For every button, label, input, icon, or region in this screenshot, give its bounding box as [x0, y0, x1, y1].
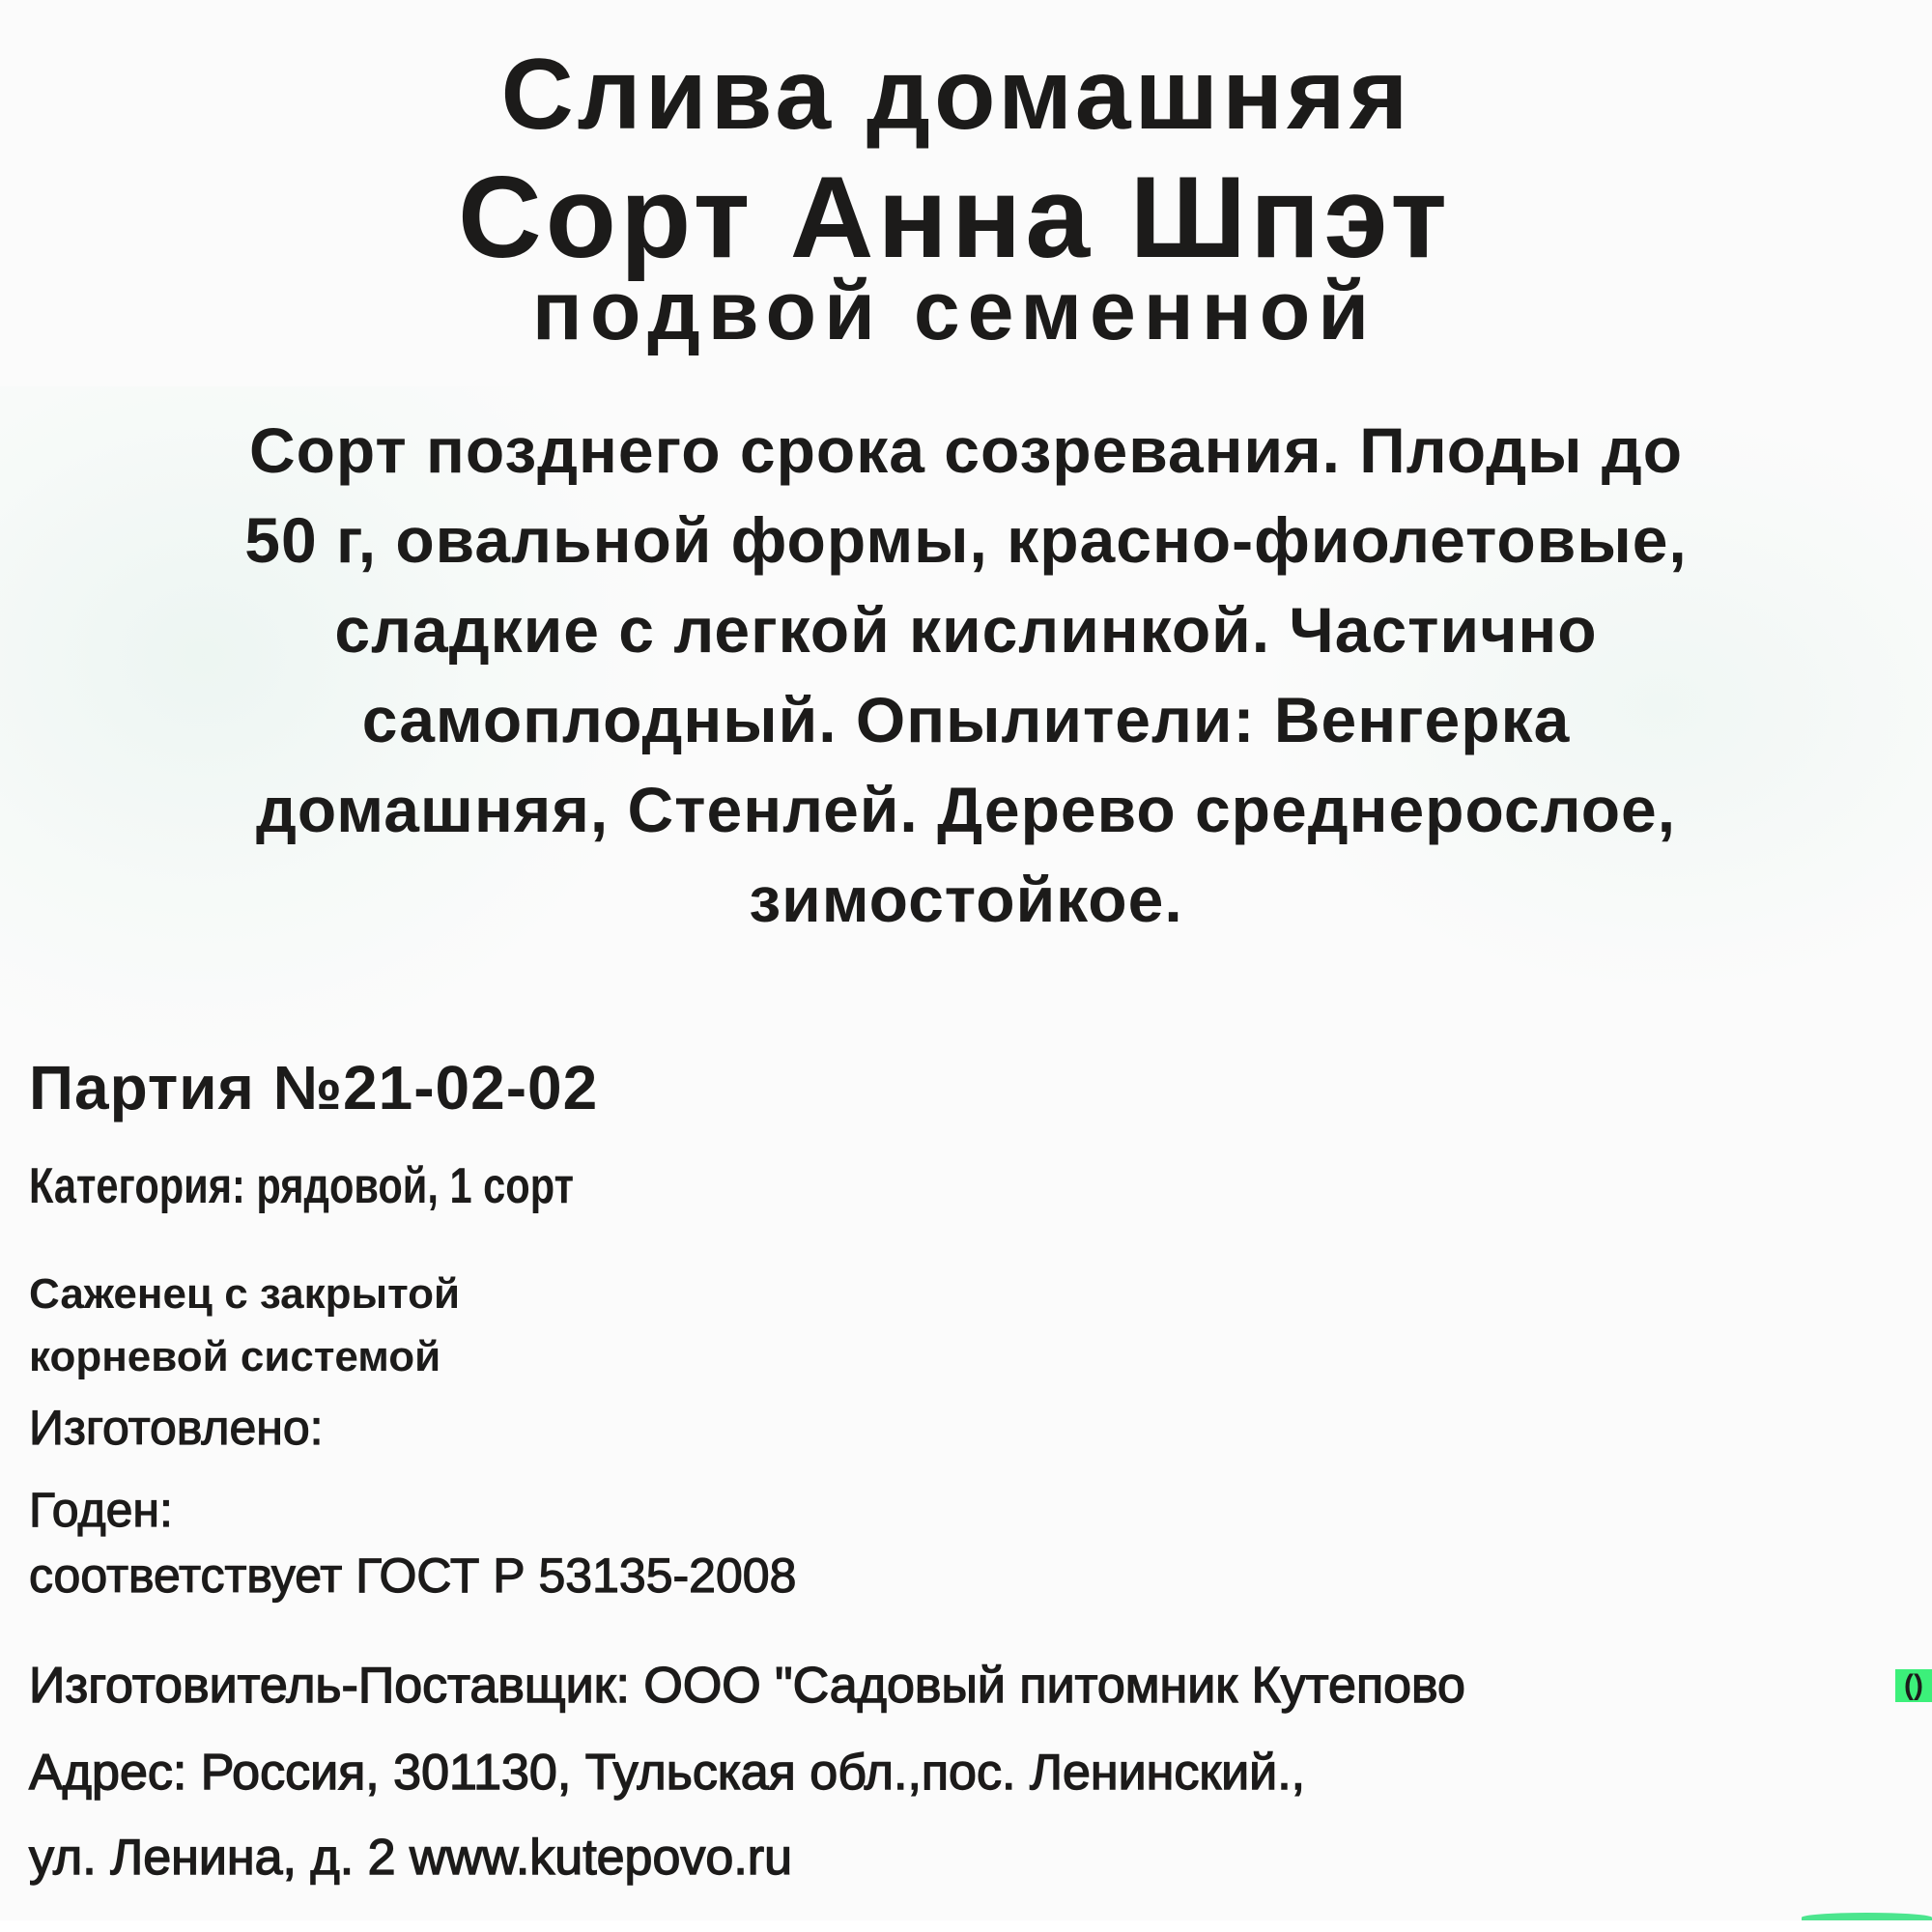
- manufacturer-name: Изготовитель-Поставщик: ООО "Садовый пит…: [29, 1654, 1465, 1718]
- description-line: самоплодный. Опылители: Венгерка: [39, 675, 1893, 765]
- manufactured-date-label: Изготовлено:: [29, 1401, 324, 1455]
- description-line: сладкие с легкой кислинкой. Частично: [39, 585, 1893, 675]
- description-line: 50 г, овальной формы, красно-фиолетовые,: [39, 496, 1893, 585]
- description-line: Сорт позднего срока созревания. Плоды до: [39, 406, 1893, 496]
- lot-number: Партия №21-02-02: [29, 1049, 598, 1126]
- seedling-type-line-1: Саженец с закрытой: [29, 1267, 460, 1321]
- description-line: домашняя, Стенлей. Дерево среднерослое,: [39, 765, 1893, 855]
- bottom-edge: [0, 1920, 1932, 1932]
- title-rootstock: подвой семенной: [0, 263, 1920, 359]
- manufacturer-street-website: ул. Ленина, д. 2 www.kutepovo.ru: [29, 1826, 792, 1889]
- manufacturer-address: Адрес: Россия, 301130, Тульская обл.,пос…: [29, 1741, 1305, 1804]
- green-edge-mark: (): [1895, 1669, 1932, 1702]
- variety-description: Сорт позднего срока созревания. Плоды до…: [39, 406, 1893, 945]
- title-species: Слива домашняя: [0, 37, 1922, 153]
- valid-until-label: Годен:: [29, 1483, 173, 1537]
- category: Категория: рядовой, 1 сорт: [29, 1155, 574, 1217]
- description-line: зимостойкое.: [39, 855, 1893, 945]
- standard-compliance: соответствует ГОСТ Р 53135-2008: [29, 1548, 796, 1603]
- product-label: Слива домашняя Сорт Анна Шпэт подвой сем…: [0, 0, 1932, 1920]
- seedling-type-line-2: корневой системой: [29, 1330, 440, 1384]
- title-variety: Сорт Анна Шпэт: [0, 155, 1920, 280]
